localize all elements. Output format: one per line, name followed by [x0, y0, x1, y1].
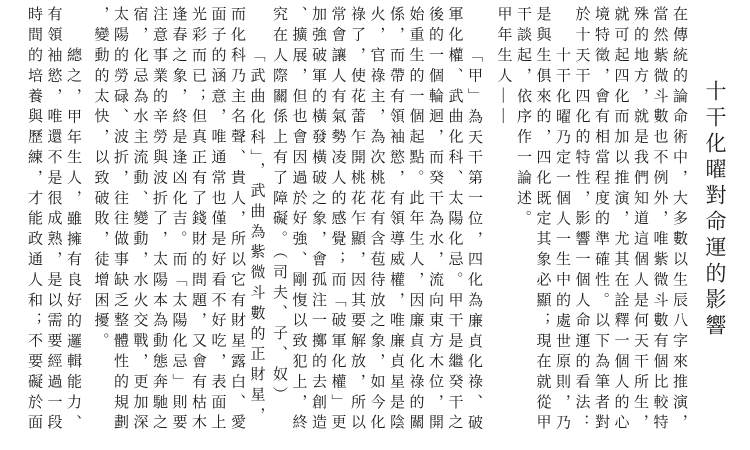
page-title: 十干化曜對命運的影響	[700, 6, 730, 446]
article-page: 十干化曜對命運的影響 在傳統的論命術中，大多數以生辰八字來推演，當然紫微斗數也不…	[0, 0, 750, 450]
paragraph-intro: 在傳統的論命術中，大多數以生辰八字來推演，當然紫微斗數也不例外，唯紫微斗數有個比…	[571, 6, 688, 446]
paragraph-ten-stems-overview: 十干化曜乃定一個人一生中的處世原則，乃是與生俱來的，四化既定其象必顯；現在就從甲…	[513, 6, 572, 446]
section-heading-jia-year: 甲年生人——	[493, 6, 513, 446]
paragraph-summary: 總之，甲年生人，雖擁有良好的邏輯能力、有領袖慾，唯還不是很成熟，是以需要經過一段…	[24, 6, 83, 446]
paragraph-jia-four-transformations: 「甲」為天干第一位，四化為廉貞化祿、破軍化權、武曲化科、太陽化忌。甲干是繼癸干之…	[269, 6, 484, 446]
paragraph-wuqu-huake-taiyang-huaji: 「武曲化科」，武曲為紫微斗數的正財星，而化科乃主名聲、貴人，所以它有財星露白、愛…	[90, 6, 266, 446]
